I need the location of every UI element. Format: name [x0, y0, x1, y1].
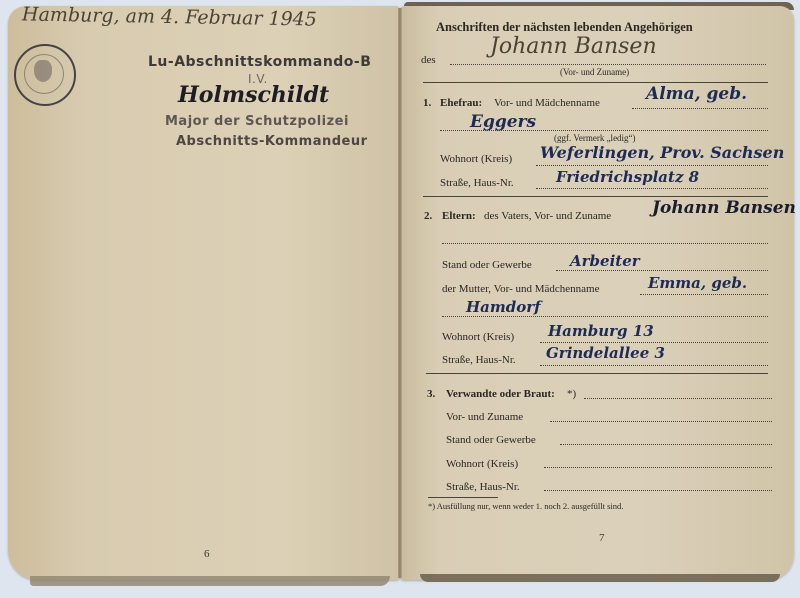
- section2-stand-line: [556, 270, 768, 271]
- section3-strasse-label: Straße, Haus-Nr.: [446, 481, 520, 493]
- section3-name-line[interactable]: [550, 421, 772, 422]
- section2-mutter-line2: [442, 316, 768, 317]
- section2-wohnort-label: Wohnort (Kreis): [442, 331, 514, 343]
- section3-heading-line[interactable]: [584, 398, 772, 399]
- section2-mutter-value-line2[interactable]: Hamdorf: [466, 298, 541, 316]
- section2-vater-label: des Vaters, Vor- und Zuname: [484, 210, 611, 222]
- section2-mutter-line: [640, 294, 768, 295]
- section2-number: 2.: [424, 210, 432, 222]
- section2-strasse-line: [540, 365, 768, 366]
- eagle-emblem-icon: [34, 60, 52, 82]
- section3-heading-suffix: *): [567, 388, 576, 400]
- handwritten-signature: Holmschildt: [178, 82, 329, 108]
- right-page-number: 7: [599, 532, 605, 544]
- section1-wohnort-line: [536, 165, 768, 166]
- section2-strasse-label: Straße, Haus-Nr.: [442, 354, 516, 366]
- section3-stand-line[interactable]: [560, 444, 772, 445]
- page-title: Anschriften der nächsten lebenden Angehö…: [436, 20, 693, 35]
- des-label: des: [421, 54, 436, 66]
- section1-name-value-line1[interactable]: Alma, geb.: [646, 84, 747, 104]
- section1-wohnort-label: Wohnort (Kreis): [440, 153, 512, 165]
- stamp-line-title: Abschnitts-Kommandeur: [176, 134, 368, 149]
- section1-heading: Ehefrau:: [440, 97, 482, 109]
- section2-vater-line2: [442, 243, 768, 244]
- section2-wohnort-value[interactable]: Hamburg 13: [548, 322, 654, 340]
- divider-2: [423, 196, 768, 197]
- section1-strasse-value[interactable]: Friedrichsplatz 8: [556, 168, 699, 186]
- section3-heading: Verwandte oder Braut:: [446, 388, 555, 400]
- section2-strasse-value[interactable]: Grindelallee 3: [546, 344, 665, 362]
- des-value[interactable]: Johann Bansen: [490, 34, 657, 59]
- section2-mutter-value-line1[interactable]: Emma, geb.: [648, 274, 747, 292]
- section2-wohnort-line: [540, 342, 768, 343]
- footnote-rule: [428, 497, 498, 498]
- stamp-line-rank: Major der Schutzpolizei: [165, 114, 349, 129]
- section1-strasse-label: Straße, Haus-Nr.: [440, 177, 514, 189]
- booklet-spine: [398, 8, 402, 578]
- section1-number: 1.: [423, 97, 431, 109]
- divider-3: [426, 373, 768, 374]
- section1-name-note: (ggf. Vermerk „ledig“): [554, 133, 636, 143]
- section1-wohnort-value[interactable]: Weferlingen, Prov. Sachsen: [540, 143, 784, 162]
- section3-strasse-line[interactable]: [544, 490, 772, 491]
- section3-name-label: Vor- und Zuname: [446, 411, 523, 423]
- section2-vater-value[interactable]: Johann Bansen: [652, 198, 796, 218]
- footnote: *) Ausfüllung nur, wenn weder 1. noch 2.…: [428, 501, 623, 511]
- left-page-bottom-edge: [30, 576, 390, 586]
- section1-name-label: Vor- und Mädchenname: [494, 97, 600, 109]
- des-line: [450, 64, 766, 65]
- section2-heading: Eltern:: [442, 210, 476, 222]
- section3-wohnort-line[interactable]: [544, 467, 772, 468]
- section2-mutter-label: der Mutter, Vor- und Mädchenname: [442, 283, 599, 295]
- section3-wohnort-label: Wohnort (Kreis): [446, 458, 518, 470]
- des-caption: (Vor- und Zuname): [560, 67, 629, 77]
- section2-stand-value[interactable]: Arbeiter: [570, 252, 640, 270]
- divider-1: [423, 82, 768, 83]
- section1-name-value-line2[interactable]: Eggers: [470, 112, 536, 132]
- section3-stand-label: Stand oder Gewerbe: [446, 434, 536, 446]
- left-page-number: 6: [204, 548, 210, 560]
- stamp-line-unit: Lu-Abschnittskommando-B: [148, 54, 371, 70]
- section3-number: 3.: [427, 388, 435, 400]
- section2-stand-label: Stand oder Gewerbe: [442, 259, 532, 271]
- section1-strasse-line: [536, 188, 768, 189]
- right-page-bottom-edge: [420, 574, 780, 582]
- round-police-stamp: [14, 44, 76, 106]
- section1-name-line: [632, 108, 768, 109]
